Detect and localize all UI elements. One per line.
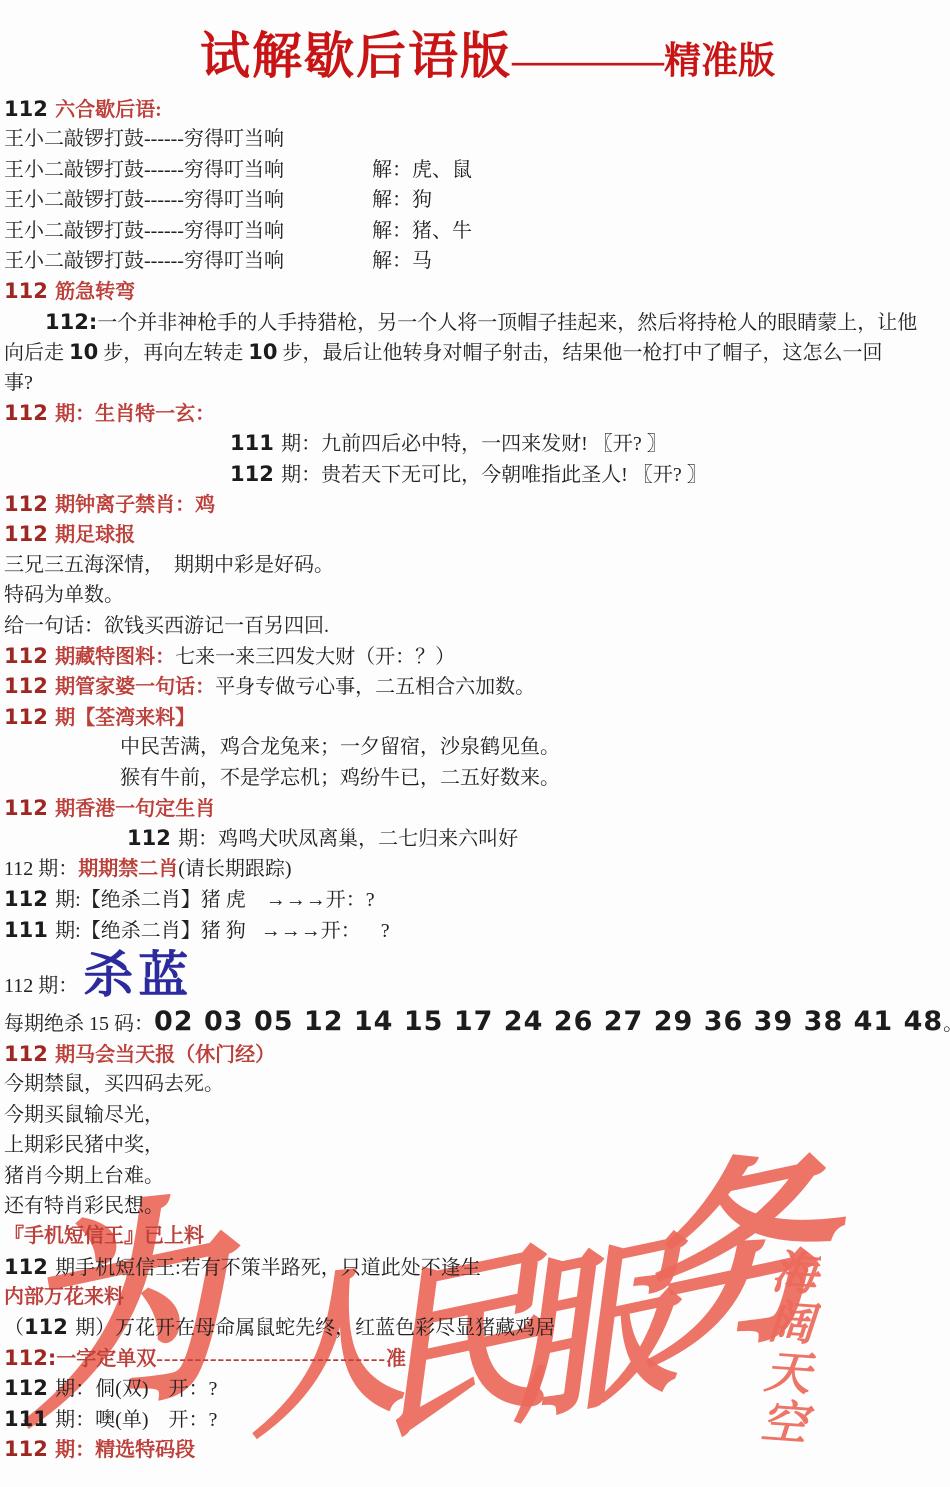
text-segment: 王小二敲锣打鼓------穷得叮当响	[4, 220, 284, 242]
text-line: 112 期：生肖特一玄：	[0, 398, 950, 428]
text-segment: 期：鸡鸣犬吠凤离巢，二七归来六叫好	[178, 828, 518, 850]
text-segment: 向后走	[4, 342, 69, 364]
text-segment: 步，再向左转走	[98, 342, 248, 364]
text-segment: 112	[4, 401, 55, 425]
text-line: 王小二敲锣打鼓------穷得叮当响解：马	[0, 246, 950, 276]
text-segment: 期：贵若天下无可比，今朝唯指此圣人! 〖开? 〗	[281, 464, 707, 486]
text-line: 还有特肖彩民想。	[0, 1191, 950, 1221]
text-line: 上期彩民猪中奖，	[0, 1130, 950, 1160]
text-segment: 期藏特图料：	[55, 646, 175, 668]
text-segment: 112:	[4, 1346, 56, 1370]
text-line: 王小二敲锣打鼓------穷得叮当响解：狗	[0, 185, 950, 215]
text-segment: 期：侗(双) 开：?	[55, 1378, 217, 1400]
text-line: 王小二敲锣打鼓------穷得叮当响解：虎、鼠	[0, 155, 950, 185]
text-line: 112 期：贵若天下无可比，今朝唯指此圣人! 〖开? 〗	[0, 459, 950, 489]
text-line: 112 期香港一句定生肖	[0, 793, 950, 823]
text-line: 112 筋急转弯	[0, 276, 950, 306]
text-line: 112 期藏特图料：七来一来三四发大财（开：？）	[0, 641, 950, 671]
text-line: 猪肖今期上台难。	[0, 1161, 950, 1191]
text-line: 112 期钟离子禁肖：鸡	[0, 489, 950, 519]
text-segment: 112	[4, 887, 55, 911]
text-segment: 七来一来三四发大财（开：？）	[175, 646, 455, 668]
text-line: 111 期：噢(单) 开：?	[0, 1404, 950, 1434]
text-segment: 期足球报	[55, 524, 135, 546]
text-line: 111 期:【绝杀二肖】猪 狗 →→→开： ?	[0, 915, 950, 945]
text-segment: 期：噢(单) 开：?	[55, 1409, 217, 1431]
text-line: 三兄三五海深情， 期期中彩是好码。	[0, 550, 950, 580]
text-line: 112 期：侗(双) 开：?	[0, 1373, 950, 1403]
text-line: 112 期： 杀蓝	[0, 945, 950, 1005]
text-segment: 特码为单数。	[4, 584, 124, 606]
text-line: 112 期马会当天报（休门经）	[0, 1039, 950, 1069]
text-segment: 112	[127, 826, 178, 850]
text-segment: 111	[4, 1407, 55, 1431]
text-line: 112 期：期期禁二肖(请长期跟踪)	[0, 854, 950, 884]
text-segment: 期香港一句定生肖	[55, 798, 215, 820]
text-segment: 112	[4, 1042, 55, 1066]
text-line: 向后走 10 步，再向左转走 10 步，最后让他转身对帽子射击，结果他一枪打中了…	[0, 337, 950, 367]
text-segment: 一个并非神枪手的人手持猎枪，另一个人将一顶帽子挂起来，然后将持枪人的眼睛蒙上，让…	[97, 312, 917, 334]
text-segment: (请长期跟踪)	[178, 858, 291, 880]
answer-segment: 解：虎、鼠	[372, 155, 472, 185]
text-segment: 猴有牛前，不是学忘机；鸡纷牛已，二五好数来。	[120, 767, 560, 789]
text-segment: 10	[69, 340, 98, 364]
text-segment: 一字定单双	[56, 1348, 156, 1370]
text-segment: 筋急转弯	[55, 281, 135, 303]
text-segment: 王小二敲锣打鼓------穷得叮当响	[4, 189, 284, 211]
text-segment: 期：生肖特一玄：	[55, 403, 215, 425]
text-segment: 期手机短信王:若有不策半路死，只道此处不逢生	[55, 1257, 481, 1279]
text-segment: 112	[4, 1437, 55, 1461]
text-segment: 期:【绝杀二肖】猪 狗 →→→开： ?	[55, 920, 389, 942]
text-segment: 中民苦满，鸡合龙兔来；一夕留宿，沙泉鹤见鱼。	[120, 736, 560, 758]
text-segment: 112	[4, 674, 55, 698]
text-segment: 111	[4, 918, 55, 942]
text-segment: 给一句话：欲钱买西游记一百另四回.	[4, 615, 329, 637]
text-segment: 三兄三五海深情， 期期中彩是好码。	[4, 554, 334, 576]
text-segment: 112	[4, 1255, 55, 1279]
text-segment: 112 期：	[4, 858, 78, 880]
text-segment: 112	[4, 279, 55, 303]
text-segment: 事?	[4, 372, 33, 394]
text-line: 112 期:【绝杀二肖】猪 虎 →→→开：?	[0, 884, 950, 914]
text-line: 王小二敲锣打鼓------穷得叮当响解：猪、牛	[0, 216, 950, 246]
text-line: 112 期管家婆一句话：平身专做亏心事，二五相合六加数。	[0, 671, 950, 701]
text-line: 今期禁鼠，买四码去死。	[0, 1069, 950, 1099]
text-line: 112 期【荃湾来料】	[0, 702, 950, 732]
text-segment: 112	[4, 796, 55, 820]
text-line: 『手机短信王』已上料	[0, 1221, 950, 1251]
text-line: 猴有牛前，不是学忘机；鸡纷牛已，二五好数来。	[0, 763, 950, 793]
text-line: 112 六合歇后语:	[0, 94, 950, 124]
text-segment: 10	[248, 340, 277, 364]
text-segment: 王小二敲锣打鼓------穷得叮当响	[4, 128, 284, 150]
title-dashes: ————	[512, 40, 664, 82]
text-segment: 每期绝杀 15 码：	[4, 1013, 154, 1035]
text-segment: 猪肖今期上台难。	[4, 1165, 164, 1187]
text-segment: 112:	[45, 310, 97, 334]
text-segment: 112	[24, 1315, 75, 1339]
text-segment: 内部万花来料	[4, 1286, 124, 1308]
text-segment: 期马会当天报（休门经）	[55, 1044, 275, 1066]
text-line: 每期绝杀 15 码：02 03 05 12 14 15 17 24 26 27 …	[0, 1005, 950, 1039]
text-segment: 期钟离子禁肖：鸡	[55, 494, 215, 516]
text-segment: 王小二敲锣打鼓------穷得叮当响	[4, 250, 284, 272]
text-segment: 『手机短信王』已上料	[4, 1225, 204, 1247]
text-segment: 六合歇后语:	[55, 99, 162, 121]
text-segment: 期:【绝杀二肖】猪 虎 →→→开：?	[55, 889, 374, 911]
text-line: 112 期：鸡鸣犬吠凤离巢，二七归来六叫好	[0, 823, 950, 853]
text-segment: （	[4, 1317, 24, 1339]
answer-segment: 解：狗	[372, 185, 432, 215]
text-segment: 112	[4, 492, 55, 516]
text-line: 中民苦满，鸡合龙兔来；一夕留宿，沙泉鹤见鱼。	[0, 732, 950, 762]
answer-segment: 解：马	[372, 246, 432, 276]
text-segment: 杀蓝	[83, 946, 193, 1004]
text-line: 内部万花来料	[0, 1282, 950, 1312]
text-line: 112:一个并非神枪手的人手持猎枪，另一个人将一顶帽子挂起来，然后将持枪人的眼睛…	[0, 307, 950, 337]
text-line: 112:一字定单双------------------------------准	[0, 1343, 950, 1373]
text-line: 王小二敲锣打鼓------穷得叮当响	[0, 124, 950, 154]
document-content: 试解歇后语版————精准版 112 六合歇后语:王小二敲锣打鼓------穷得叮…	[0, 18, 950, 1464]
text-segment: 112	[4, 705, 55, 729]
text-segment: 112	[4, 644, 55, 668]
text-line: 特码为单数。	[0, 580, 950, 610]
text-line: 112 期：精选特码段	[0, 1434, 950, 1464]
text-segment: 期管家婆一句话：	[55, 676, 215, 698]
text-segment: 期）万花开在母命属鼠蛇先终，红蓝色彩尽显猪藏鸡居	[75, 1317, 555, 1339]
title-main-text: 试解歇后语版	[200, 28, 512, 84]
text-line: 今期买鼠输尽光，	[0, 1100, 950, 1130]
text-segment: 平身专做亏心事，二五相合六加数。	[215, 676, 535, 698]
text-segment: 还有特肖彩民想。	[4, 1195, 164, 1217]
text-segment: 准	[386, 1348, 406, 1370]
text-line: （112 期）万花开在母命属鼠蛇先终，红蓝色彩尽显猪藏鸡居	[0, 1312, 950, 1342]
text-segment: 今期禁鼠，买四码去死。	[4, 1073, 224, 1095]
text-segment: 期【荃湾来料】	[55, 707, 195, 729]
text-line: 111 期：九前四后必中特，一四来发财! 〖开? 〗	[0, 428, 950, 458]
text-segment: 王小二敲锣打鼓------穷得叮当响	[4, 159, 284, 181]
text-segment: 112	[4, 1376, 55, 1400]
text-segment: 步，最后让他转身对帽子射击，结果他一枪打中了帽子，这怎么一回	[277, 342, 882, 364]
text-segment: ------------------------------	[156, 1348, 386, 1370]
text-segment: 02 03 05 12 14 15 17 24 26 27 29 36 39 3…	[154, 1006, 943, 1037]
text-segment: 今期买鼠输尽光，	[4, 1104, 164, 1126]
text-segment: 上期彩民猪中奖，	[4, 1134, 164, 1156]
text-segment: 。	[943, 1013, 950, 1035]
text-line: 事?	[0, 368, 950, 398]
text-line: 112 期手机短信王:若有不策半路死，只道此处不逢生	[0, 1252, 950, 1282]
text-segment: 期：精选特码段	[55, 1439, 195, 1461]
text-segment: 112	[230, 462, 281, 486]
text-segment: 期：九前四后必中特，一四来发财! 〖开? 〗	[281, 433, 667, 455]
text-segment: 期期禁二肖	[78, 858, 178, 880]
title-suffix-text: 精准版	[664, 41, 775, 82]
text-lines: 112 六合歇后语:王小二敲锣打鼓------穷得叮当响王小二敲锣打鼓-----…	[0, 94, 950, 1464]
lottery-tip-sheet-page: 为 人 民 服 务 海阔天空 试解歇后语版————精准版 112 六合歇后语:王…	[0, 0, 950, 1487]
answer-segment: 解：猪、牛	[372, 216, 472, 246]
text-segment: 111	[230, 431, 281, 455]
page-title: 试解歇后语版————精准版	[0, 18, 950, 94]
text-segment: 112	[4, 97, 55, 121]
text-line: 112 期足球报	[0, 519, 950, 549]
text-line: 给一句话：欲钱买西游记一百另四回.	[0, 611, 950, 641]
text-segment: 112	[4, 522, 55, 546]
text-segment: 112 期：	[4, 975, 83, 997]
